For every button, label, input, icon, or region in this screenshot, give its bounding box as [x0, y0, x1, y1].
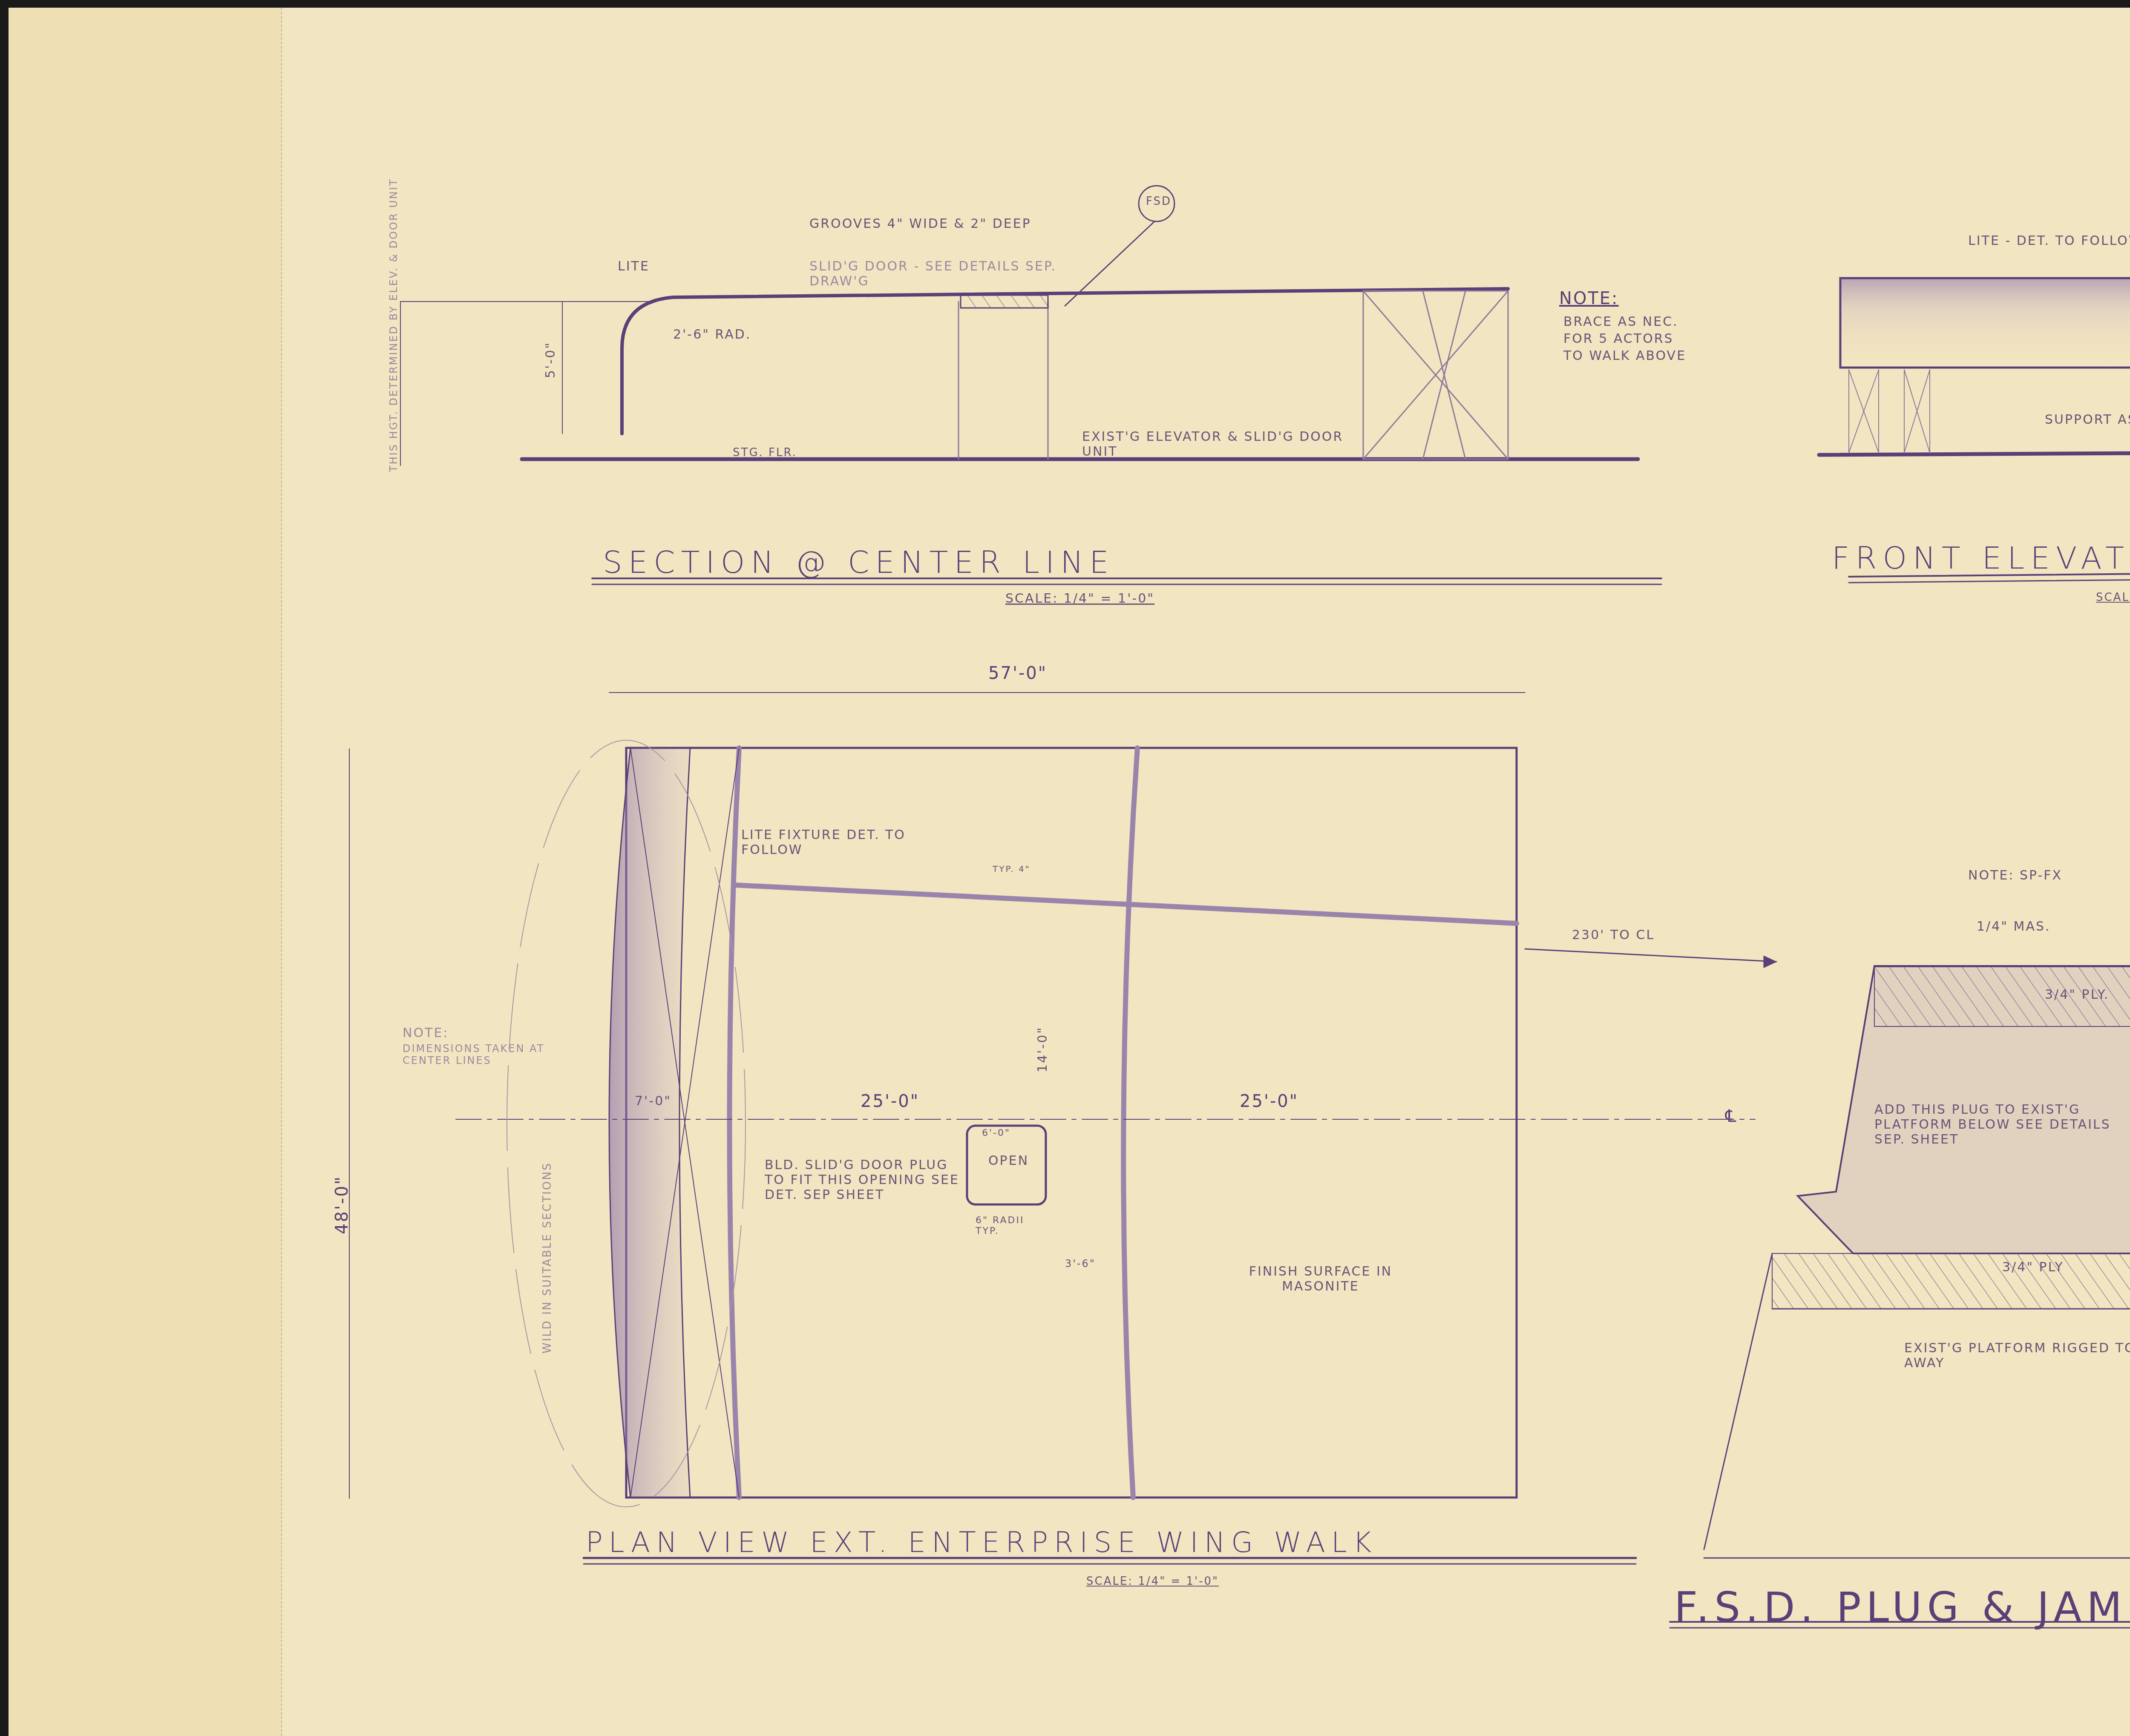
blueprint-sheet: LITE GROOVES 4" WIDE & 2" DEEP SLID'G DO… — [9, 8, 2130, 1736]
section-radius-label: 2'-6" RAD. — [673, 327, 751, 342]
plan-note-body: DIMENSIONS TAKEN AT CENTER LINES — [403, 1043, 564, 1066]
stage-floor-label: STG. FLR. — [733, 446, 797, 459]
section-elevator-label: EXIST'G ELEVATOR & SLID'G DOOR UNIT — [1082, 429, 1346, 459]
front-elevation-title: FRONT ELEVATION — [1832, 540, 2130, 576]
section-height-dim: 5'-0" — [543, 342, 558, 378]
elevation-support-label: SUPPORT AS NEC. — [2045, 412, 2130, 427]
section-grooves-label: GROOVES 4" WIDE & 2" DEEP — [809, 216, 1031, 231]
section-height-note: THIS HGT. DETERMINED BY ELEV. & DOOR UNI… — [388, 178, 400, 472]
section-note-line-2: FOR 5 ACTORS — [1563, 331, 1674, 346]
plan-groove-typ-dim: TYP. 4" — [993, 864, 1030, 874]
plug-ply-left-label: 3/4" PLY. — [2045, 987, 2109, 1002]
fsd-detail-bubble: FSD — [1146, 195, 1171, 208]
front-elevation-scale: SCALE: 1/4" = 1'-0" — [2096, 591, 2130, 604]
plug-jamb-title: F.S.D. PLUG & JAMB — [1674, 1584, 2130, 1631]
section-sliding-door-label: SLID'G DOOR - SEE DETAILS SEP. DRAW'G — [809, 259, 1082, 289]
plug-ply-bottom-label: 3/4" PLY — [2002, 1260, 2064, 1275]
plan-view-title: PLAN VIEW EXT. ENTERPRISE WING WALK — [586, 1526, 1377, 1559]
plan-centerline-distance: 230' TO CL — [1572, 928, 1655, 943]
plan-to-opening-dim: 14'-0" — [1035, 1026, 1050, 1072]
plan-plug-label: BLD. SLID'G DOOR PLUG TO FIT THIS OPENIN… — [765, 1158, 969, 1202]
section-view-scale: SCALE: 1/4" = 1'-0" — [1005, 591, 1154, 606]
plan-left-span-dim: 25'-0" — [861, 1092, 919, 1111]
plan-lite-fixture-label: LITE FIXTURE DET. TO FOLLOW — [741, 828, 924, 857]
plan-edge-dim: 7'-0" — [635, 1094, 671, 1109]
plan-opening-label: OPEN — [988, 1153, 1029, 1168]
plug-mas-left-label: 1/4" MAS. — [1977, 919, 2051, 934]
plan-finish-label: FINISH SURFACE IN MASONITE — [1235, 1264, 1406, 1294]
plug-existing-platform-label: EXIST'G PLATFORM RIGGED TO DROP & ROLL A… — [1904, 1341, 2130, 1371]
plug-note-label: NOTE: SP-FX — [1968, 868, 2062, 883]
plan-depth-dim: 48'-0" — [332, 1176, 352, 1234]
section-lite-label: LITE — [618, 259, 650, 274]
section-note-line-1: BRACE AS NEC. — [1563, 314, 1678, 329]
plan-opening-offset-dim: 3'-6" — [1065, 1258, 1096, 1270]
plug-add-plug-label: ADD THIS PLUG TO EXIST'G PLATFORM BELOW … — [1874, 1102, 2130, 1147]
plan-view-scale: SCALE: 1/4" = 1'-0" — [1086, 1575, 1219, 1588]
plan-right-span-dim: 25'-0" — [1240, 1092, 1298, 1111]
plan-note-heading: NOTE: — [403, 1026, 449, 1040]
plan-opening-width-dim: 6'-0" — [982, 1128, 1010, 1138]
plan-radii-label: 6" RADII TYP. — [976, 1215, 1027, 1236]
plan-wild-label: WILD IN SUITABLE SECTIONS — [541, 1115, 554, 1354]
centerline-symbol-icon: ℄ — [1725, 1107, 1738, 1126]
section-note-line-3: TO WALK ABOVE — [1563, 348, 1686, 363]
elevation-lite-label: LITE - DET. TO FOLLOW — [1968, 233, 2130, 248]
section-view-title: SECTION @ CENTER LINE — [603, 544, 1115, 580]
plan-width-dim: 57'-0" — [988, 664, 1047, 683]
section-note-heading: NOTE: — [1559, 289, 1619, 308]
